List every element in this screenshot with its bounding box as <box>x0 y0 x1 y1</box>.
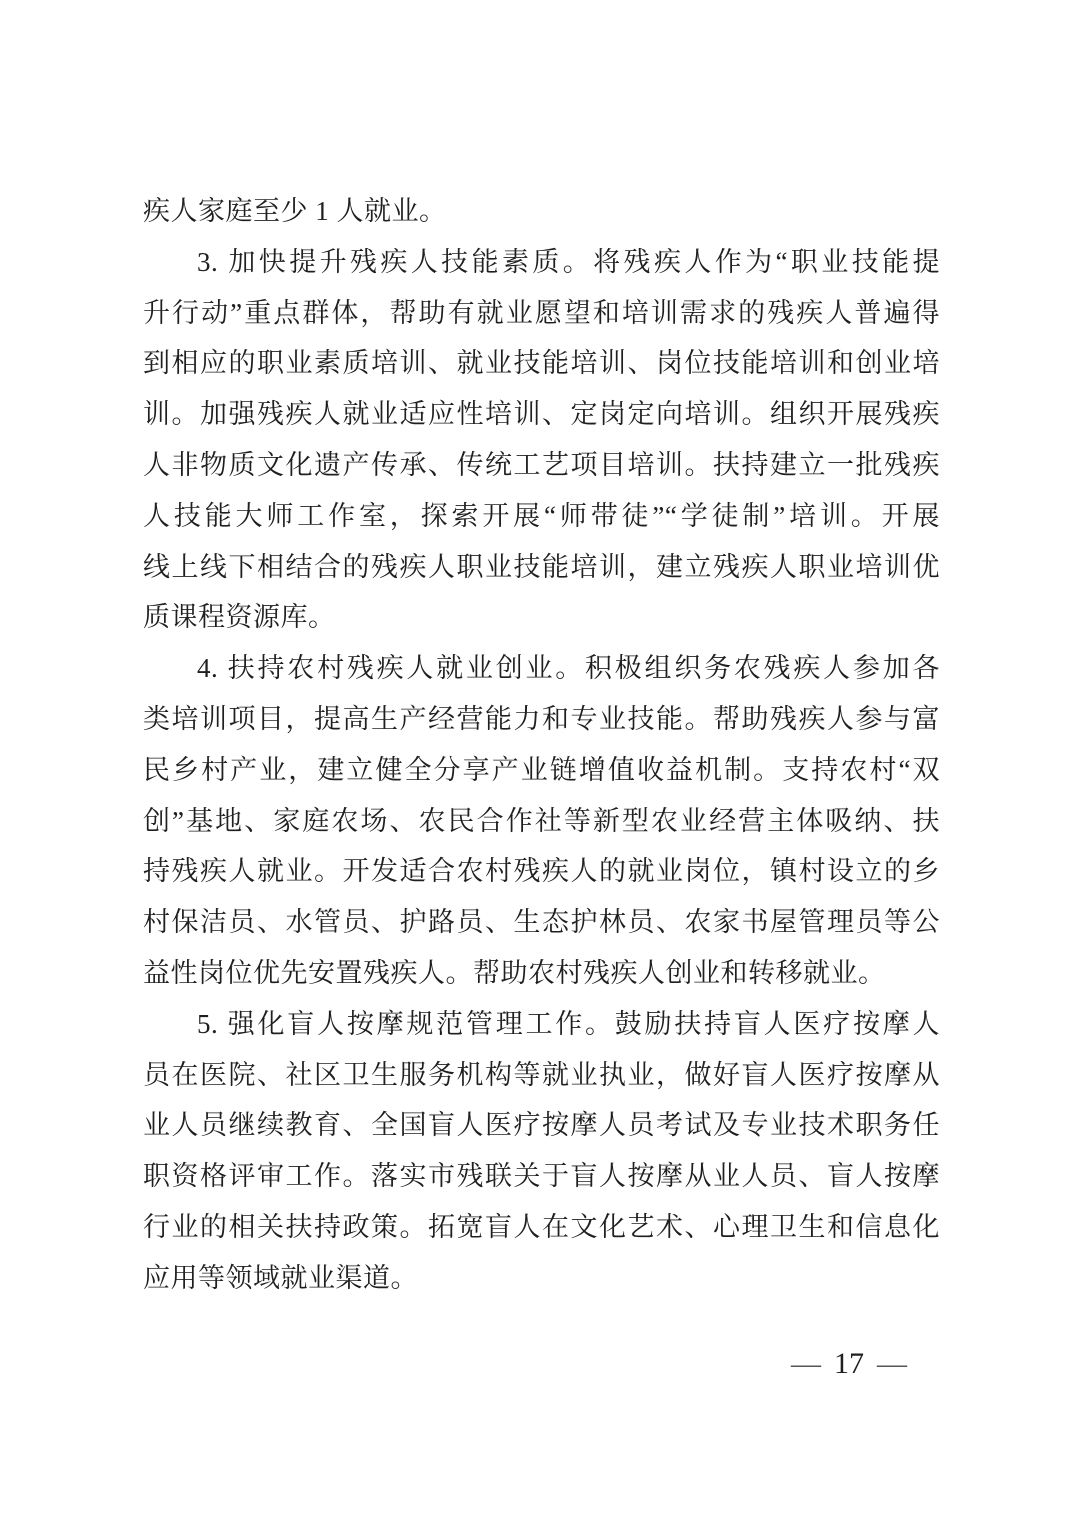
text-line: 业人员继续教育、全国盲人医疗按摩人员考试及专业技术职务任 <box>143 1100 940 1151</box>
text-line: 升行动”重点群体，帮助有就业愿望和培训需求的残疾人普遍得 <box>143 288 940 339</box>
text-line: 疾人家庭至少 1 人就业。 <box>143 186 940 237</box>
paragraph: 5. 强化盲人按摩规范管理工作。鼓励扶持盲人医疗按摩人员在医院、社区卫生服务机构… <box>143 999 940 1304</box>
text-line: 5. 强化盲人按摩规范管理工作。鼓励扶持盲人医疗按摩人 <box>143 999 940 1050</box>
text-line: 应用等领域就业渠道。 <box>143 1253 940 1304</box>
text-line: 员在医院、社区卫生服务机构等就业执业，做好盲人医疗按摩从 <box>143 1050 940 1101</box>
text-line: 人非物质文化遗产传承、传统工艺项目培训。扶持建立一批残疾 <box>143 440 940 491</box>
text-line: 创”基地、家庭农场、农民合作社等新型农业经营主体吸纳、扶 <box>143 796 940 847</box>
document-page: 疾人家庭至少 1 人就业。3. 加快提升残疾人技能素质。将残疾人作为“职业技能提… <box>0 0 1074 1520</box>
text-line: 3. 加快提升残疾人技能素质。将残疾人作为“职业技能提 <box>143 237 940 288</box>
text-line: 职资格评审工作。落实市残联关于盲人按摩从业人员、盲人按摩 <box>143 1151 940 1202</box>
text-line: 4. 扶持农村残疾人就业创业。积极组织务农残疾人参加各 <box>143 643 940 694</box>
text-line: 质课程资源库。 <box>143 592 940 643</box>
text-line: 到相应的职业素质培训、就业技能培训、岗位技能培训和创业培 <box>143 338 940 389</box>
document-body: 疾人家庭至少 1 人就业。3. 加快提升残疾人技能素质。将残疾人作为“职业技能提… <box>143 186 940 1304</box>
text-line: 持残疾人就业。开发适合农村残疾人的就业岗位，镇村设立的乡 <box>143 846 940 897</box>
text-line: 类培训项目，提高生产经营能力和专业技能。帮助残疾人参与富 <box>143 694 940 745</box>
page-footer: —17— <box>791 1342 907 1386</box>
footer-right-dash: — <box>877 1347 907 1380</box>
page-number: 17 <box>834 1347 864 1380</box>
text-line: 训。加强残疾人就业适应性培训、定岗定向培训。组织开展残疾 <box>143 389 940 440</box>
paragraph: 4. 扶持农村残疾人就业创业。积极组织务农残疾人参加各类培训项目，提高生产经营能… <box>143 643 940 999</box>
paragraph: 3. 加快提升残疾人技能素质。将残疾人作为“职业技能提升行动”重点群体，帮助有就… <box>143 237 940 643</box>
text-line: 行业的相关扶持政策。拓宽盲人在文化艺术、心理卫生和信息化 <box>143 1202 940 1253</box>
text-line: 民乡村产业，建立健全分享产业链增值收益机制。支持农村“双 <box>143 745 940 796</box>
text-line: 线上线下相结合的残疾人职业技能培训，建立残疾人职业培训优 <box>143 542 940 593</box>
footer-left-dash: — <box>791 1347 821 1380</box>
text-line: 人技能大师工作室，探索开展“师带徒”“学徒制”培训。开展 <box>143 491 940 542</box>
text-line: 村保洁员、水管员、护路员、生态护林员、农家书屋管理员等公 <box>143 897 940 948</box>
text-line: 益性岗位优先安置残疾人。帮助农村残疾人创业和转移就业。 <box>143 948 940 999</box>
paragraph: 疾人家庭至少 1 人就业。 <box>143 186 940 237</box>
